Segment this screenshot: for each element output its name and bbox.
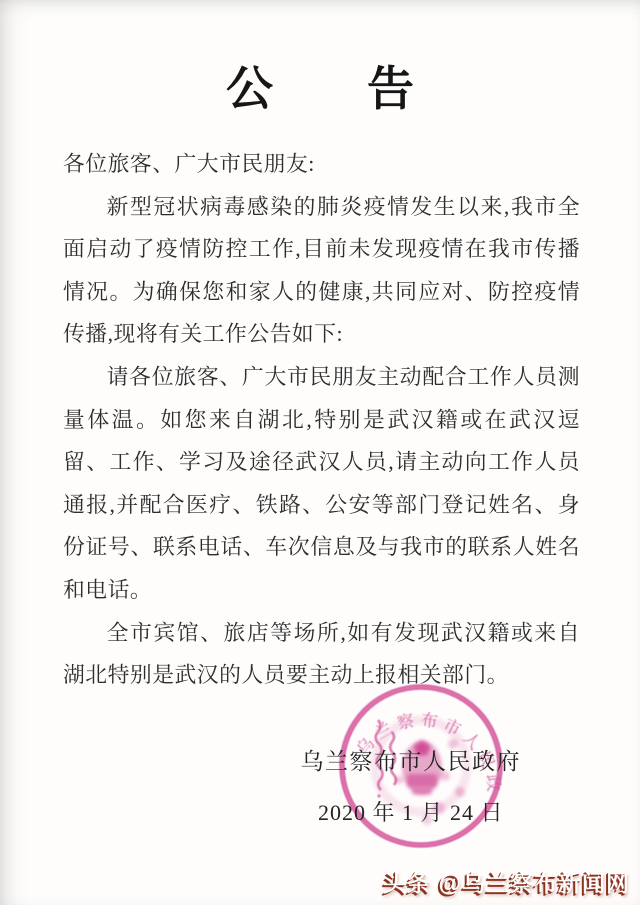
- paragraph-2: 请各位旅客、广大市民朋友主动配合工作人员测量体温。如您来自湖北,特别是武汉籍或在…: [63, 356, 580, 612]
- signature-block: 乌兰察布市人民政府 2020 年 1 月 24 日: [301, 743, 522, 827]
- signature-date: 2020 年 1 月 24 日: [301, 796, 522, 827]
- paragraph-1: 新型冠状病毒感染的肺炎疫情发生以来,我市全面启动了疫情防控工作,目前未发现疫情在…: [63, 186, 580, 356]
- watermark-credit: 头条 @乌兰察布新闻网: [383, 865, 630, 898]
- signature-name: 乌兰察布市人民政府: [301, 743, 522, 776]
- notice-body: 各位旅客、广大市民朋友: 新型冠状病毒感染的肺炎疫情发生以来,我市全面启动了疫情…: [63, 143, 580, 697]
- notice-title: 公 告: [0, 62, 640, 118]
- salutation: 各位旅客、广大市民朋友:: [63, 143, 580, 186]
